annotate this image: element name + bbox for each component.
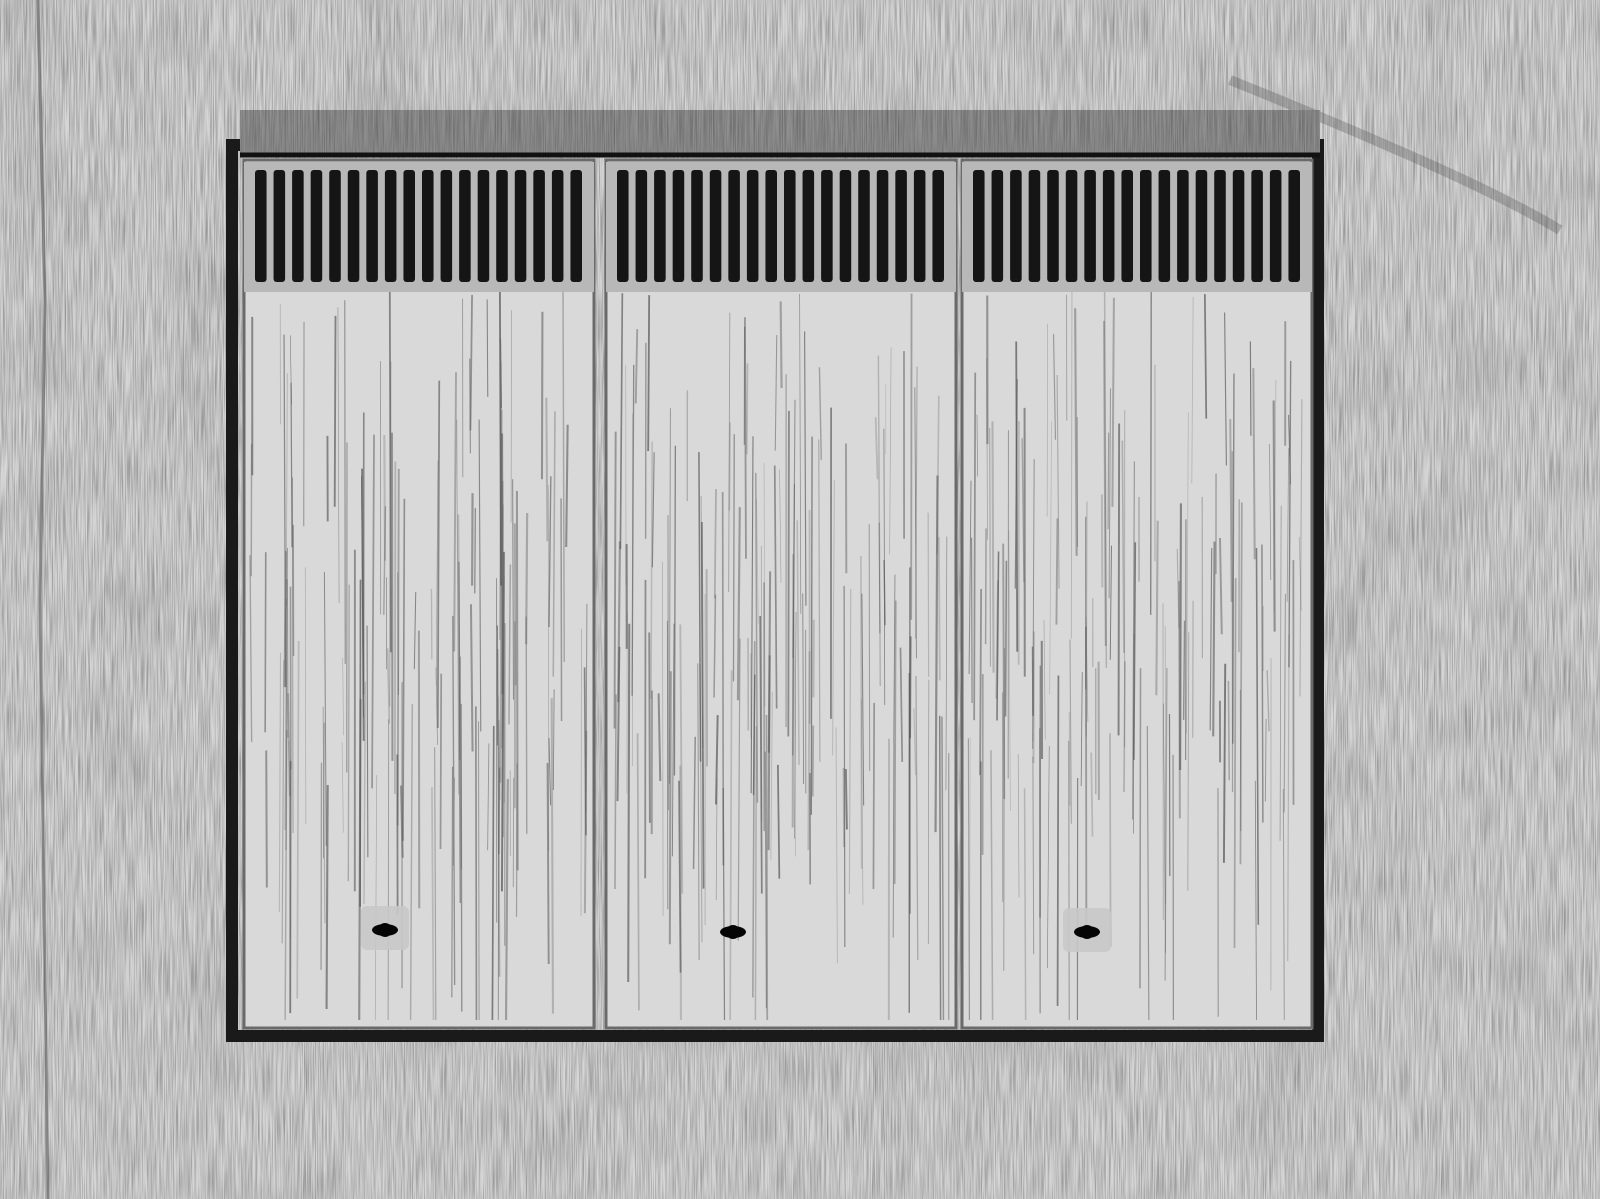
grate — [244, 162, 594, 292]
drain-covers-photo — [0, 0, 1600, 1199]
drain-cover-middle — [606, 160, 956, 1028]
keyhole-icon — [1063, 908, 1111, 952]
drain-cover-right — [962, 160, 1312, 1028]
keyhole-icon — [361, 906, 409, 950]
keyhole-icon — [709, 908, 757, 952]
grate — [606, 162, 956, 292]
grate — [962, 162, 1312, 292]
drain-cover-left — [244, 160, 594, 1028]
